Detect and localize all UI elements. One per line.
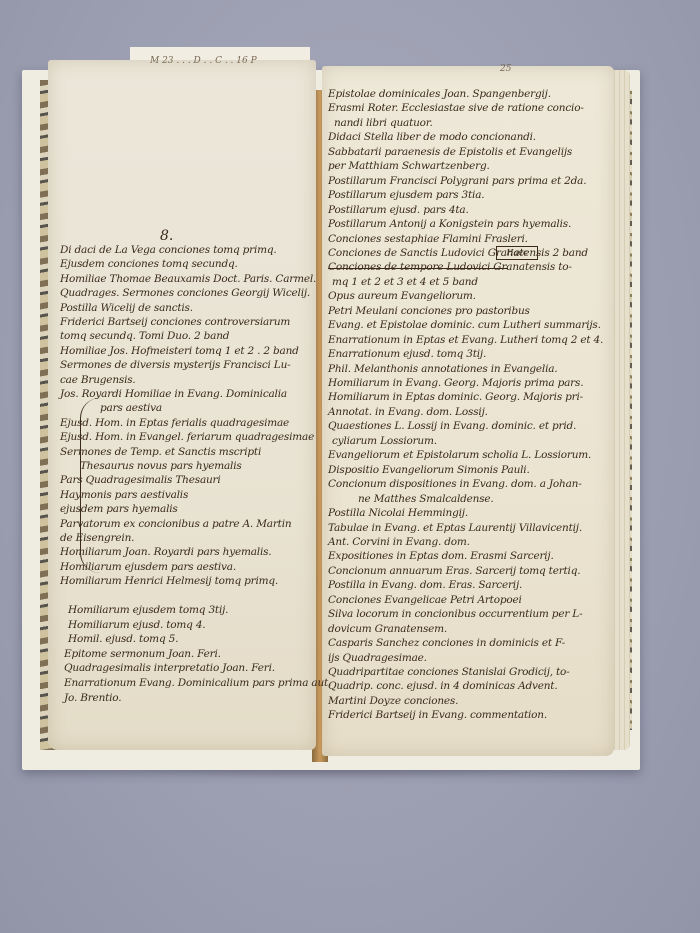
manuscript-line: Thesaurus novus pars hyemalis <box>80 460 242 472</box>
manuscript-line: Homiliae Jos. Hofmeisteri tomq 1 et 2 . … <box>60 345 299 357</box>
manuscript-line: Postillarum ejusd. pars 4ta. <box>328 204 469 216</box>
manuscript-line: Erasmi Roter. Ecclesiastae sive de ratio… <box>328 102 584 114</box>
manuscript-line: Enarrationum ejusd. tomq 3tij. <box>328 348 486 360</box>
manuscript-line: Quadrages. Sermones conciones Georgij Wi… <box>60 287 310 299</box>
manuscript-line: cae Brugensis. <box>60 374 136 386</box>
manuscript-line: per Matthiam Schwartzenberg. <box>328 160 490 172</box>
manuscript-line: Tabulae in Evang. et Eptas Laurentij Vil… <box>328 522 582 534</box>
manuscript-line: tomq secundq. Tomi Duo. 2 band <box>60 330 229 342</box>
manuscript-line: Ant. Corvini in Evang. dom. <box>328 536 470 548</box>
manuscript-line: Homiliarum in Evang. Georg. Majoris prim… <box>328 377 583 389</box>
manuscript-line: Sabbatarii paraenesis de Epistolis et Ev… <box>328 146 572 158</box>
manuscript-line: Homiliarum in Eptas dominic. Georg. Majo… <box>328 391 583 403</box>
manuscript-line: dovicum Granatensem. <box>328 623 447 635</box>
manuscript-line: Enarrationum in Eptas et Evang. Lutheri … <box>328 334 603 346</box>
manuscript-line: Casparis Sanchez conciones in dominicis … <box>328 637 565 649</box>
manuscript-line: Homil. ejusd. tomq 5. <box>68 633 178 645</box>
manuscript-line: Postilla in Evang. dom. Eras. Sarcerij. <box>328 579 522 591</box>
manuscript-line: mq 1 et 2 et 3 et 4 et 5 band <box>332 276 478 288</box>
manuscript-line: Di daci de La Vega conciones tomq primq. <box>60 244 277 256</box>
manuscript-line: Conciones de Sanctis Ludovici Granatensi… <box>328 247 588 259</box>
manuscript-line: Epitome sermonum Joan. Feri. <box>64 648 221 660</box>
underline-mark <box>328 268 508 269</box>
manuscript-line: cyliarum Lossiorum. <box>332 435 437 447</box>
manuscript-line: Friderici Bartseij conciones controversi… <box>60 316 290 328</box>
manuscript-line: Sermones de diversis mysterijs Francisci… <box>60 359 290 371</box>
manuscript-line: Homiliarum ejusd. tomq 4. <box>68 619 205 631</box>
manuscript-line: Enarrationum Evang. Dominicalium pars pr… <box>64 677 331 689</box>
manuscript-line: Postillarum Francisci Polygrani pars pri… <box>328 175 586 187</box>
manuscript-line: Postillarum Antonij a Konigstein pars hy… <box>328 218 571 230</box>
manuscript-line: Ejusdem conciones tomq secundq. <box>60 258 238 270</box>
manuscript-line: Homiliarum Henrici Helmesij tomq primq. <box>60 575 278 587</box>
manuscript-line: Martini Doyze conciones. <box>328 695 458 707</box>
left-page-heading: 8. <box>160 228 173 244</box>
manuscript-line: Concionum dispositiones in Evang. dom. a… <box>328 478 582 490</box>
manuscript-line: Dispositio Evangeliorum Simonis Pauli. <box>328 464 530 476</box>
manuscript-line: ne Matthes Smalcaldense. <box>358 493 494 505</box>
manuscript-line: Concionum annuarum Eras. Sarcerij tomq t… <box>328 565 580 577</box>
left-folio-note: M 23 . . . D . . C . . 16 P <box>150 56 257 66</box>
manuscript-line: pars aestiva <box>100 402 162 414</box>
manuscript-line: Conciones Evangelicae Petri Artopoei <box>328 594 522 606</box>
manuscript-line: Jo. Brentio. <box>64 692 121 704</box>
manuscript-line: Evang. et Epistolae dominic. cum Lutheri… <box>328 319 601 331</box>
manuscript-line: Quadrip. conc. ejusd. in 4 dominicas Adv… <box>328 680 557 692</box>
manuscript-line: Annotat. in Evang. dom. Lossij. <box>328 406 488 418</box>
manuscript-line: nandi libri quatuor. <box>334 117 433 129</box>
manuscript-line: Quadripartitae conciones Stanislai Grodi… <box>328 666 570 678</box>
manuscript-line: Quadragesimalis interpretatio Joan. Feri… <box>64 662 275 674</box>
manuscript-line: Friderici Bartseij in Evang. commentatio… <box>328 709 547 721</box>
manuscript-line: Conciones sestaphiae Flamini Frasleri. <box>328 233 528 245</box>
manuscript-line: Homiliae Thomae Beauxamis Doct. Paris. C… <box>60 273 316 285</box>
manuscript-line: Petri Meulani conciones pro pastoribus <box>328 305 530 317</box>
manuscript-line: Quaestiones L. Lossij in Evang. dominic.… <box>328 420 576 432</box>
right-folio-number: 25 <box>500 64 511 74</box>
manuscript-line: Postilla Nicolai Hemmingij. <box>328 507 468 519</box>
manuscript-line: Postillarum ejusdem pars 3tia. <box>328 189 484 201</box>
manuscript-line: ejusdem pars hyemalis <box>60 503 178 515</box>
manuscript-line: Epistolae dominicales Joan. Spangenbergi… <box>328 88 551 100</box>
manuscript-line: ijs Quadragesimae. <box>328 652 427 664</box>
manuscript-line: Phil. Melanthonis annotationes in Evange… <box>328 363 557 375</box>
boxed-note: Haec <box>496 246 538 260</box>
manuscript-line: Expositiones in Eptas dom. Erasmi Sarcer… <box>328 550 554 562</box>
manuscript-line: Didaci Stella liber de modo concionandi. <box>328 131 536 143</box>
manuscript-line: Evangeliorum et Epistolarum scholia L. L… <box>328 449 591 461</box>
manuscript-line: Homiliarum ejusdem tomq 3tij. <box>68 604 228 616</box>
manuscript-line: Opus aureum Evangeliorum. <box>328 290 476 302</box>
manuscript-line: Postilla Wicelij de sanctis. <box>60 302 193 314</box>
margin-bracket <box>80 398 101 573</box>
manuscript-line: Silva locorum in concionibus occurrentiu… <box>328 608 582 620</box>
